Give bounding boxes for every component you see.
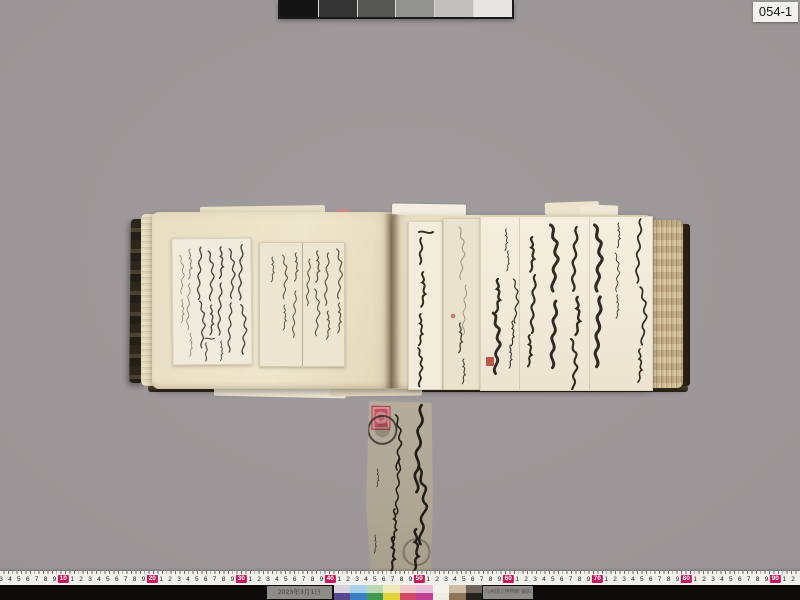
ruler-number: 9	[676, 576, 680, 584]
ruler-number: 8	[667, 576, 671, 584]
photograph-stage: 054-1	[0, 0, 800, 600]
ruler-number: 7	[302, 576, 306, 584]
ruler-number: 9	[142, 576, 146, 584]
ruler-number: 90	[770, 575, 780, 583]
red-seal	[486, 357, 494, 366]
ruler-number: 2	[702, 576, 706, 584]
ruler-number: 3	[711, 576, 715, 584]
ruler-number: 1	[337, 576, 341, 584]
calligraphy-letter	[481, 217, 652, 390]
ruler-number: 8	[311, 576, 315, 584]
ruler-number: 30	[236, 575, 246, 583]
ruler-number: 7	[569, 576, 573, 584]
ruler-number: 4	[186, 576, 190, 584]
ruler-number: 1	[426, 576, 430, 584]
ruler-number: 2	[346, 576, 350, 584]
color-chart-column	[433, 585, 449, 600]
caption-strip: 2023年3月1日 九州国立博物館 撮影	[0, 585, 800, 600]
ruler-number: 6	[382, 576, 386, 584]
ruler-number: 2	[257, 576, 261, 584]
ruler-number: 8	[578, 576, 582, 584]
ruler-number: 9	[765, 576, 769, 584]
ruler-number: 7	[747, 576, 751, 584]
ruler-number: 5	[17, 576, 21, 584]
ruler-number: 80	[681, 575, 691, 583]
ruler-number: 5	[462, 576, 466, 584]
color-chart	[334, 585, 482, 600]
color-chart-column	[350, 585, 366, 600]
ruler-number: 4	[8, 576, 12, 584]
ruler-number: 2	[613, 576, 617, 584]
ruler-number: 5	[551, 576, 555, 584]
ruler-number: 40	[325, 575, 335, 583]
ruler-number: 4	[275, 576, 279, 584]
ruler-number: 7	[480, 576, 484, 584]
color-chart-column	[383, 585, 399, 600]
ruler-number: 5	[284, 576, 288, 584]
calligraphy-envelope	[365, 401, 433, 572]
ruler-number: 5	[729, 576, 733, 584]
ruler-number: 70	[592, 575, 602, 583]
pasted-card-dense-cursive	[171, 238, 252, 366]
ruler-number: 1	[70, 576, 74, 584]
ruler-number: 20	[147, 575, 157, 583]
ruler-number: 4	[364, 576, 368, 584]
ruler-number: 7	[35, 576, 39, 584]
ruler-number: 8	[756, 576, 760, 584]
calligraphy-address-strip	[409, 222, 442, 389]
ruler-number: 6	[115, 576, 119, 584]
ruler-number: 1	[159, 576, 163, 584]
ruler-number: 6	[471, 576, 475, 584]
ruler-number: 50	[414, 575, 424, 583]
address-strip: 大野市平 殿	[408, 221, 443, 390]
ruler-number: 5	[373, 576, 377, 584]
date-label: 2023年3月1日	[267, 586, 332, 599]
ruler-number: 1	[693, 576, 697, 584]
ruler-number: 9	[53, 576, 57, 584]
color-chart-column	[466, 585, 482, 600]
envelope-slip: 旅館 大野屋市平 殿 記	[365, 401, 433, 572]
color-chart-column	[400, 585, 416, 600]
ruler-number: 2	[791, 576, 795, 584]
ruler-number: 8	[222, 576, 226, 584]
ruler-number: 4	[97, 576, 101, 584]
ruler-number: 9	[498, 576, 502, 584]
ruler-number: 7	[124, 576, 128, 584]
letter-sheet: 武春堂乃成	[480, 216, 653, 391]
pasted-card-two-sheets	[259, 242, 345, 367]
book-gutter-shadow	[384, 214, 400, 388]
ruler-number: 3	[355, 576, 359, 584]
ruler-number: 4	[720, 576, 724, 584]
ruler-number: 60	[503, 575, 513, 583]
ruler-number: 1	[604, 576, 608, 584]
ruler-number: 3	[533, 576, 537, 584]
ruler-number: 4	[453, 576, 457, 584]
calligraphy-card2	[260, 243, 344, 366]
ruler-number: 8	[44, 576, 48, 584]
color-chart-column	[416, 585, 432, 600]
calligraphy-strip-b	[444, 219, 480, 389]
ruler-number: 6	[560, 576, 564, 584]
ruler-number: 10	[58, 575, 68, 583]
ruler-number: 5	[195, 576, 199, 584]
ruler-number: 3	[177, 576, 181, 584]
ruler-number: 1	[515, 576, 519, 584]
ruler-number: 2	[79, 576, 83, 584]
credit-label: 九州国立博物館 撮影	[483, 586, 533, 599]
ruler-number: 7	[658, 576, 662, 584]
ruler-number: 6	[204, 576, 208, 584]
ruler-number: 2	[435, 576, 439, 584]
ruler-number: 5	[640, 576, 644, 584]
grayscale-patch	[319, 0, 357, 17]
grayscale-calibration-bar	[278, 0, 514, 19]
ruler-number: 7	[391, 576, 395, 584]
grayscale-patch	[358, 0, 396, 17]
ruler-number: 1	[248, 576, 252, 584]
ruler-number: 2	[168, 576, 172, 584]
grayscale-patch	[474, 0, 512, 17]
ruler-number: 8	[400, 576, 404, 584]
ruler-number: 9	[320, 576, 324, 584]
folded-telegram-strip	[443, 218, 481, 390]
ruler-number: 2	[524, 576, 528, 584]
photo-number-label: 054-1	[753, 2, 798, 22]
page-fore-edge-right	[649, 220, 683, 388]
ruler-number: 6	[293, 576, 297, 584]
ruler-number: 6	[649, 576, 653, 584]
ruler-number: 5	[106, 576, 110, 584]
ruler-number: 4	[542, 576, 546, 584]
ruler-number: 9	[231, 576, 235, 584]
ruler-number: 3	[266, 576, 270, 584]
color-chart-column	[367, 585, 383, 600]
ruler-number: 8	[489, 576, 493, 584]
ruler-number: 6	[738, 576, 742, 584]
grayscale-patch	[435, 0, 473, 17]
ruler: 3456789101234567892012345678930123456789…	[0, 571, 800, 585]
ruler-number: 6	[26, 576, 30, 584]
ruler-number: 1	[782, 576, 786, 584]
ruler-number: 4	[631, 576, 635, 584]
color-chart-column	[449, 585, 465, 600]
grayscale-patch	[280, 0, 318, 17]
ruler-number: 8	[133, 576, 137, 584]
color-chart-column	[334, 585, 350, 600]
ruler-number: 3	[444, 576, 448, 584]
ruler-number: 9	[587, 576, 591, 584]
ruler-number: 3	[0, 576, 3, 584]
grayscale-patch	[396, 0, 434, 17]
ruler-number: 7	[213, 576, 217, 584]
ruler-number: 3	[622, 576, 626, 584]
ruler-number: 9	[409, 576, 413, 584]
red-mark	[451, 314, 455, 318]
ruler-number: 3	[88, 576, 92, 584]
calligraphy-card1	[172, 239, 251, 365]
